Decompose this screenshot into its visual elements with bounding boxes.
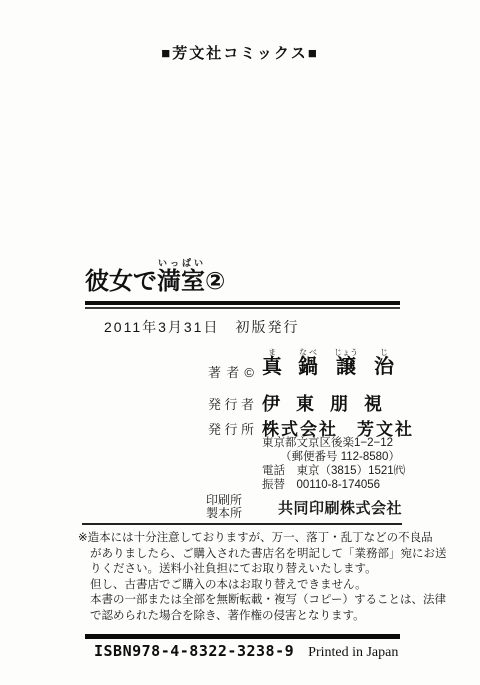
title-divider-thick xyxy=(85,301,400,305)
printed-in-japan-label: Printed in Japan xyxy=(308,645,398,660)
disclaimer-line-5: 本書の一部または全部を無断転載・複写（コピー）することは、法律 xyxy=(78,593,412,609)
address-street: 東京都文京区後楽1−2−12 xyxy=(262,436,405,450)
series-label: ■芳文社コミックス■ xyxy=(161,45,319,62)
author-name: 真ま鍋なべ譲じょう治じ xyxy=(262,348,410,379)
disclaimer-line-3: りください。送料小社負担にてお取り替えいたします。 xyxy=(78,562,412,578)
author-furigana-4: じ xyxy=(374,348,394,357)
author-kanji-4: 治 xyxy=(374,356,394,378)
issuer-name: 伊東朋視 xyxy=(262,390,398,416)
title-ruby-base: 満室 xyxy=(157,268,205,295)
address-postal-code: （郵便番号 112-8580） xyxy=(262,450,405,464)
address-postal-transfer: 振替 00110-8-174056 xyxy=(262,478,405,492)
title-part1: 彼女で xyxy=(85,268,157,295)
author-furigana-2: なべ xyxy=(298,348,318,357)
footer-isbn-line: ISBN978-4-8322-3238-9Printed in Japan xyxy=(94,642,398,661)
isbn-code: ISBN978-4-8322-3238-9 xyxy=(94,642,294,660)
disclaimer-block: ※造本には十分注意しておりますが、万一、落丁・乱丁などの不良品 がありましたら、… xyxy=(78,531,412,624)
address-phone: 電話 東京（3815）1521㈹ xyxy=(262,464,405,478)
issuer-label: 発行者 xyxy=(208,394,254,413)
printer-label-line2: 製本所 xyxy=(206,507,242,520)
title-volume-number: ② xyxy=(205,268,225,295)
edition-date: 2011年3月31日 初版発行 xyxy=(104,317,299,337)
author-kanji-2: 鍋 xyxy=(298,356,318,378)
disclaimer-line-6: で認められた場合を除き、著作権の侵害となります。 xyxy=(78,609,412,625)
title-ruby: 満室いっぱい xyxy=(157,268,205,295)
author-kanji-1: 真 xyxy=(262,356,282,378)
author-char-4: 治じ xyxy=(374,356,394,378)
printer-name: 共同印刷株式会社 xyxy=(278,497,402,518)
publisher-address-block: 東京都文京区後楽1−2−12 （郵便番号 112-8580） 電話 東京（381… xyxy=(262,436,405,492)
disclaimer-line-2: がありましたら、ご購入された書店名を明記して「業務部」宛にお送 xyxy=(78,547,412,563)
title-ruby-furigana: いっぱい xyxy=(157,258,205,268)
book-title: 彼女で満室いっぱい② xyxy=(85,258,225,296)
imprint-series-header: ■芳文社コミックス■ xyxy=(0,42,480,63)
author-kanji-3: 譲 xyxy=(334,356,358,378)
printer-binder-label: 印刷所 製本所 xyxy=(206,494,242,520)
author-char-2: 鍋なべ xyxy=(298,356,318,378)
author-char-1: 真ま xyxy=(262,356,282,378)
author-furigana-3: じょう xyxy=(334,348,358,357)
disclaimer-divider xyxy=(82,523,402,525)
title-divider-thin xyxy=(85,307,400,309)
colophon-page: ■芳文社コミックス■ 彼女で満室いっぱい② 2011年3月31日 初版発行 著者… xyxy=(0,0,480,685)
author-label: 著者© xyxy=(208,362,254,381)
author-char-3: 譲じょう xyxy=(334,356,358,378)
disclaimer-line-1: ※造本には十分注意しておりますが、万一、落丁・乱丁などの不良品 xyxy=(78,531,412,547)
footer-divider xyxy=(85,634,400,639)
publisher-label: 発行所 xyxy=(208,419,254,438)
disclaimer-line-4: 但し、古書店でご購入の本はお取り替えできません。 xyxy=(78,578,412,594)
author-furigana-1: ま xyxy=(262,348,282,357)
